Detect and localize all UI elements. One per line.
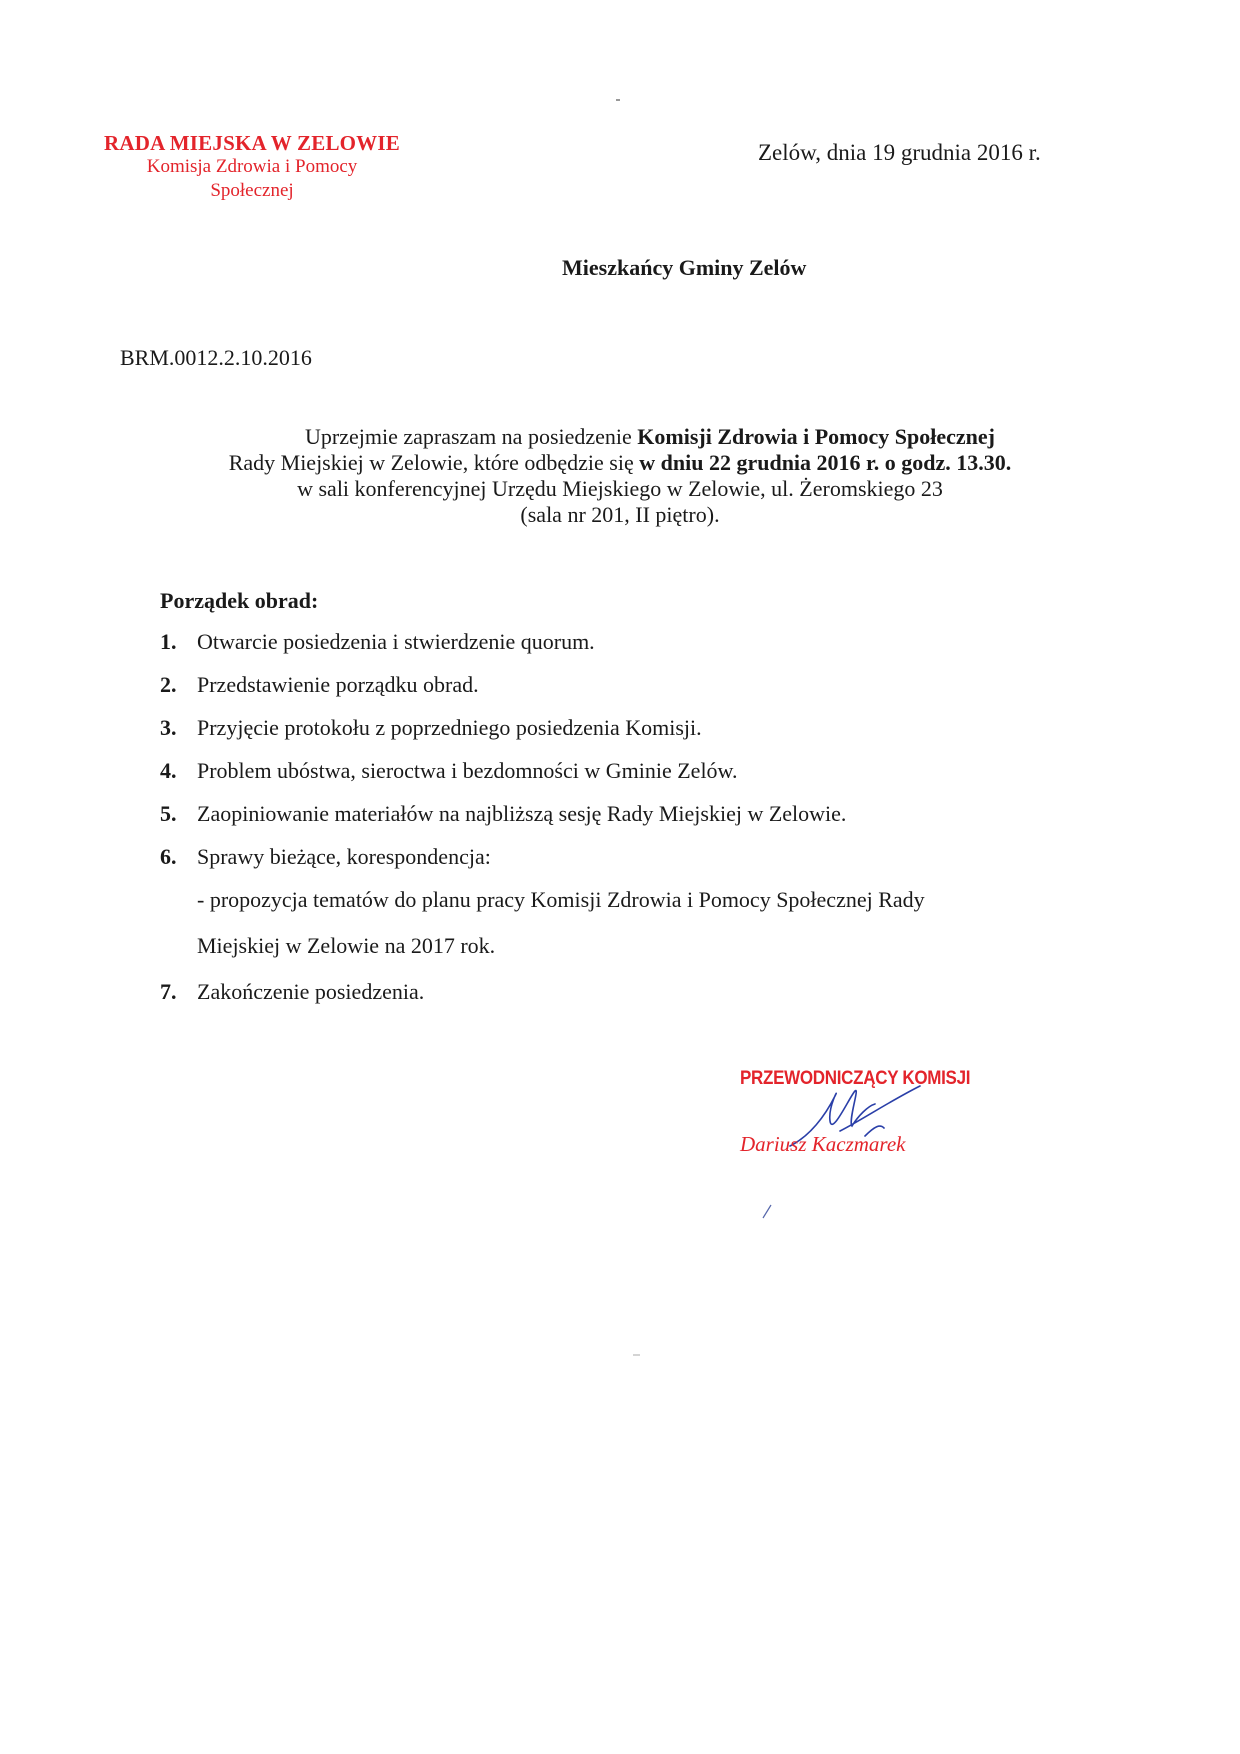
scan-marks <box>0 0 1240 1754</box>
